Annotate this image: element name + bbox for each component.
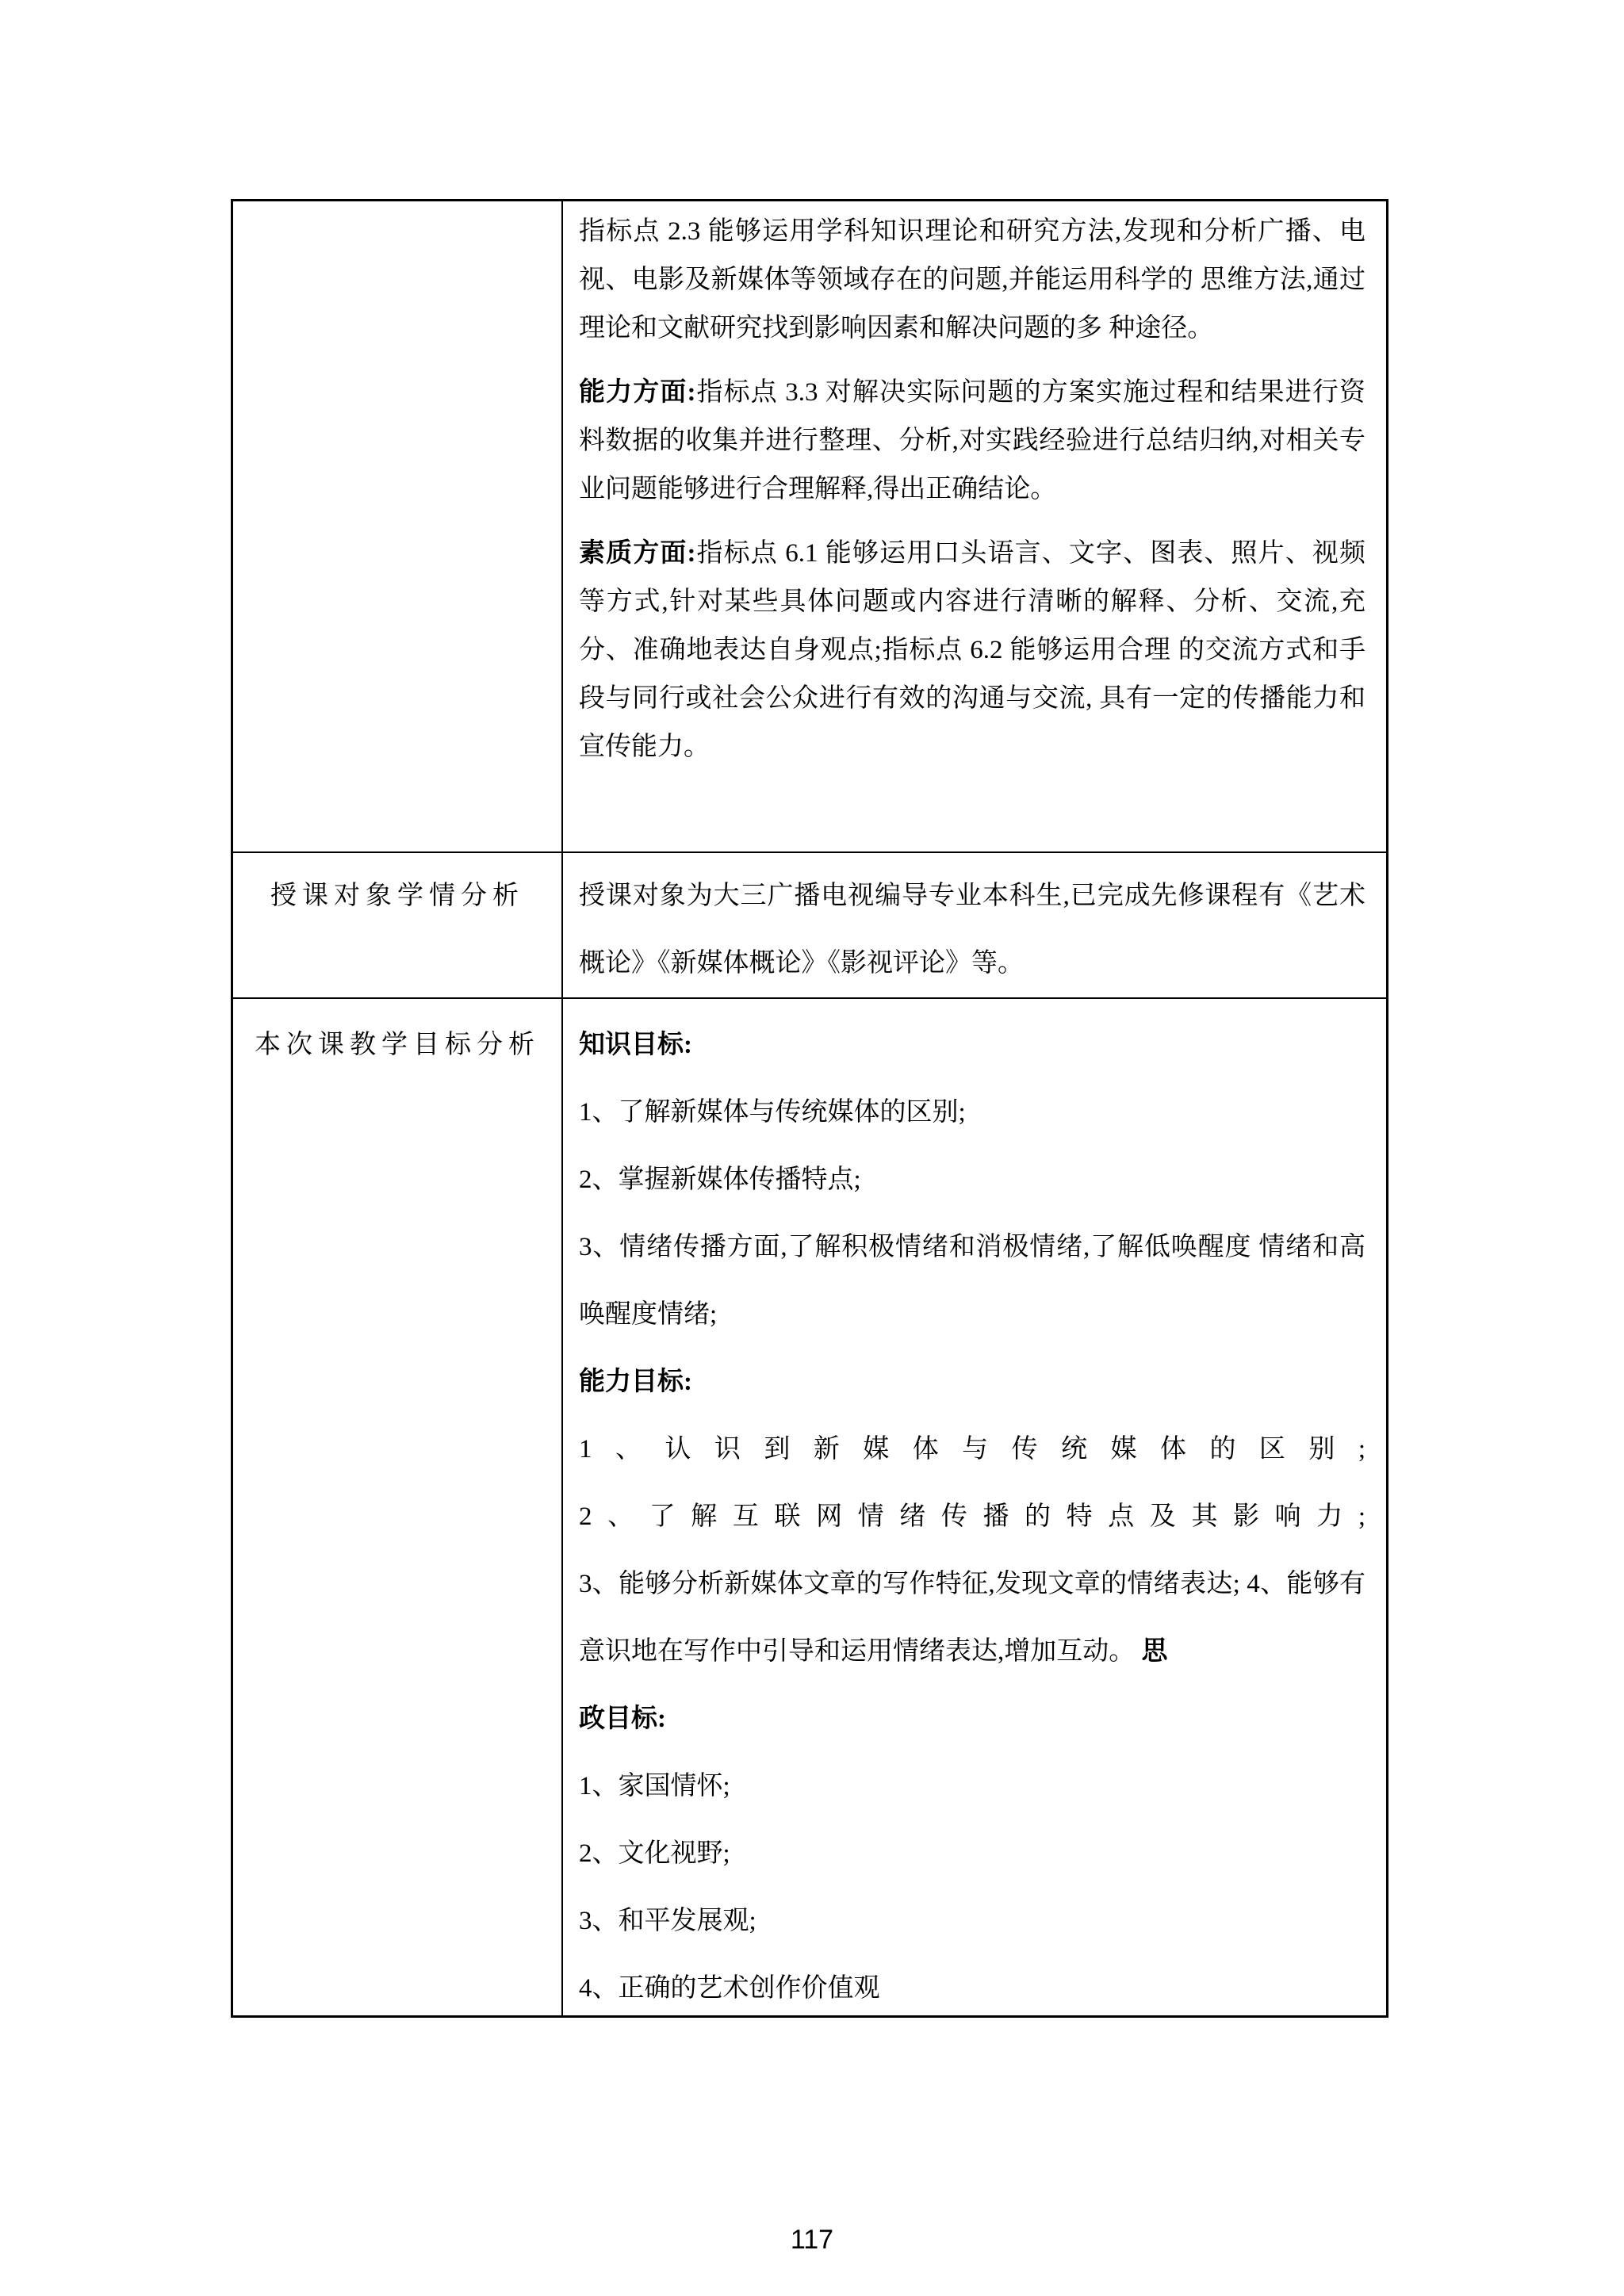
- para-knowledge-item-2: 2、掌握新媒体传播特点;: [579, 1146, 1365, 1214]
- document-page: 指标点 2.3 能够运用学科知识理论和研究方法,发现和分析广播、电视、电影及新媒…: [0, 0, 1624, 2296]
- para-ideology-item-3: 3、和平发展观;: [579, 1888, 1365, 1955]
- paragraph-lead-bold: 知识目标:: [579, 1031, 692, 1059]
- paragraph-text: 指标点 3.3 对解决实际问题的方案实施过程和结果进行资料数据的收集并进行整理、…: [579, 378, 1365, 503]
- paragraph-lead-bold: 政目标:: [579, 1705, 666, 1733]
- paragraph-quality-aspect: 素质方面:指标点 6.1 能够运用口头语言、文字、图表、照片、视频等方式,针对某…: [579, 530, 1365, 771]
- para-ideology-item-1: 1、家国情怀;: [579, 1753, 1365, 1820]
- para-knowledge-item-1: 1、了解新媒体与传统媒体的区别;: [579, 1079, 1365, 1146]
- paragraph-text: 3、情绪传播方面,了解积极情绪和消极情绪,了解低唤醒度 情绪和高唤醒度情绪;: [579, 1233, 1365, 1329]
- paragraph-text: 1、认识到新媒体与传统媒体的区别;: [579, 1435, 1365, 1464]
- paragraph-lead-bold: 能力目标:: [579, 1368, 692, 1396]
- para-ability-item-2: 2、了解互联网情绪传播的特点及其影响力;: [579, 1483, 1365, 1551]
- paragraph-audience: 授课对象为大三广播电视编导专业本科生,已完成先修课程有《艺术概论》《新媒体概论》…: [579, 863, 1365, 997]
- para-ideology-item-2: 2、文化视野;: [579, 1820, 1365, 1888]
- paragraph-lead-bold: 素质方面:: [579, 539, 695, 568]
- para-knowledge-item-3: 3、情绪传播方面,了解积极情绪和消极情绪,了解低唤醒度 情绪和高唤醒度情绪;: [579, 1214, 1365, 1349]
- lesson-plan-table: 指标点 2.3 能够运用学科知识理论和研究方法,发现和分析广播、电视、电影及新媒…: [231, 199, 1388, 2018]
- paragraph-text: 3、能够分析新媒体文章的写作特征,发现文章的情绪表达; 4、能够有意识地在写作中…: [579, 1570, 1365, 1666]
- table-cell-audience-label: 授课对象学情分析: [233, 851, 561, 997]
- paragraph-ability-aspect: 能力方面:指标点 3.3 对解决实际问题的方案实施过程和结果进行资料数据的收集并…: [579, 369, 1365, 514]
- para-ability-item-1: 1、认识到新媒体与传统媒体的区别;: [579, 1416, 1365, 1483]
- paragraph-text: 2、掌握新媒体传播特点;: [579, 1165, 861, 1194]
- row-label: 本次课教学目标分析: [255, 1031, 540, 1059]
- paragraph-tail-bold: 思: [1142, 1637, 1168, 1666]
- table-cell-objectives-content: 知识目标: 1、了解新媒体与传统媒体的区别; 2、掌握新媒体传播特点; 3、情绪…: [561, 997, 1386, 2015]
- table-cell-indicators: 指标点 2.3 能够运用学科知识理论和研究方法,发现和分析广播、电视、电影及新媒…: [561, 201, 1386, 851]
- page-number: 117: [0, 2225, 1624, 2256]
- paragraph-indicator-2-3: 指标点 2.3 能够运用学科知识理论和研究方法,发现和分析广播、电视、电影及新媒…: [579, 208, 1365, 353]
- paragraph-text: 指标点 6.1 能够运用口头语言、文字、图表、照片、视频等方式,针对某些具体问题…: [579, 539, 1365, 761]
- paragraph-text: 4、正确的艺术创作价值观: [579, 1974, 880, 2003]
- para-ability-items-3-4: 3、能够分析新媒体文章的写作特征,发现文章的情绪表达; 4、能够有意识地在写作中…: [579, 1551, 1365, 1686]
- paragraph-text: 3、和平发展观;: [579, 1907, 756, 1935]
- paragraph-text: 2、文化视野;: [579, 1839, 730, 1868]
- table-cell-objectives-label: 本次课教学目标分析: [233, 997, 561, 2015]
- para-ability-goals-heading: 能力目标:: [579, 1349, 1365, 1416]
- paragraph-text: 2、了解互联网情绪传播的特点及其影响力;: [579, 1502, 1365, 1531]
- paragraph-text: 授课对象为大三广播电视编导专业本科生,已完成先修课程有《艺术概论》《新媒体概论》…: [579, 882, 1365, 978]
- paragraph-text: 指标点 2.3 能够运用学科知识理论和研究方法,发现和分析广播、电视、电影及新媒…: [579, 217, 1365, 342]
- table-cell-row1-label-empty: [233, 201, 561, 851]
- para-knowledge-goals-heading: 知识目标:: [579, 1012, 1365, 1079]
- paragraph-lead-bold: 能力方面:: [579, 378, 695, 407]
- table-cell-audience-content: 授课对象为大三广播电视编导专业本科生,已完成先修课程有《艺术概论》《新媒体概论》…: [561, 851, 1386, 997]
- para-ideology-goals-heading: 政目标:: [579, 1686, 1365, 1753]
- para-ideology-item-4: 4、正确的艺术创作价值观: [579, 1955, 1365, 2015]
- row-label: 授课对象学情分析: [270, 882, 524, 910]
- paragraph-text: 1、了解新媒体与传统媒体的区别;: [579, 1098, 966, 1127]
- paragraph-text: 1、家国情怀;: [579, 1772, 730, 1800]
